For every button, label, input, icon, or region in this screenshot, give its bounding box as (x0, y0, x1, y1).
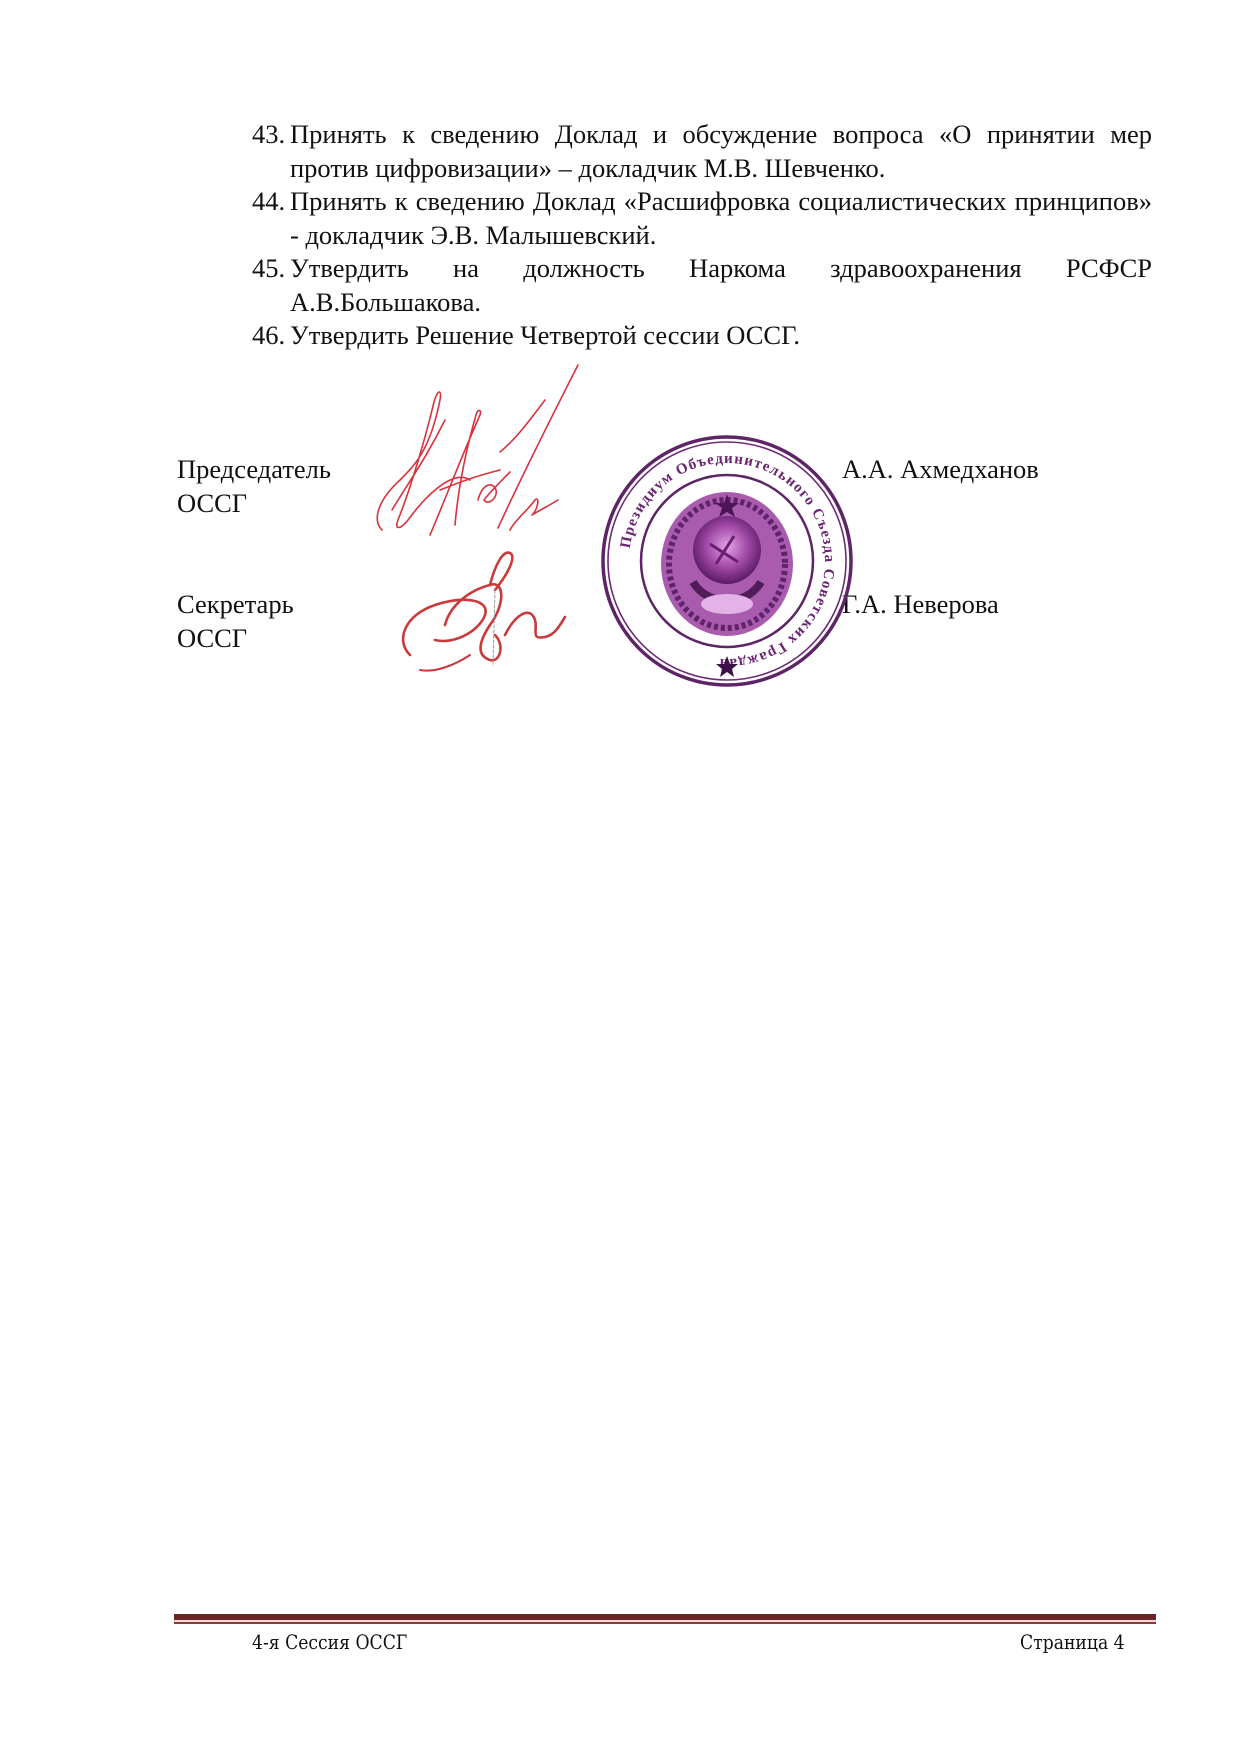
item-text: Утвердить на должность Наркома здравоохр… (290, 252, 1152, 319)
secretary-title-line1: Секретарь (177, 588, 294, 622)
chair-name: А.А. Ахмедханов (842, 453, 1039, 487)
footer-rule (174, 1614, 1156, 1625)
chair-signature-icon (370, 360, 600, 550)
secretary-signature-icon (395, 545, 575, 680)
item-number: 43. (252, 118, 285, 152)
secretary-title: Секретарь ОССГ (177, 588, 294, 655)
chair-title-line1: Председатель (177, 453, 331, 487)
list-item: 44. Принять к сведению Доклад «Расшифров… (252, 185, 1152, 252)
footer-page-number: Страница 4 (1020, 1628, 1125, 1656)
chair-title: Председатель ОССГ (177, 453, 331, 520)
list-item: 45. Утвердить на должность Наркома здрав… (252, 252, 1152, 319)
item-number: 44. (252, 185, 285, 219)
item-text: Утвердить Решение Четвертой сессии ОССГ. (290, 319, 1152, 353)
official-seal-icon: Президиум Объединительного Съезда Советс… (598, 432, 856, 690)
item-text: Принять к сведению Доклад «Расшифровка с… (290, 185, 1152, 252)
resolution-list: 43. Принять к сведению Доклад и обсужден… (252, 118, 1152, 353)
secretary-name: Г.А. Неверова (842, 588, 999, 622)
document-page: 43. Принять к сведению Доклад и обсужден… (0, 0, 1240, 1755)
footer-session-label: 4-я Сессия ОССГ (252, 1628, 407, 1656)
item-number: 45. (252, 252, 285, 286)
list-item: 46. Утвердить Решение Четвертой сессии О… (252, 319, 1152, 353)
item-number: 46. (252, 319, 285, 353)
secretary-title-line2: ОССГ (177, 622, 294, 656)
chair-title-line2: ОССГ (177, 487, 331, 521)
list-item: 43. Принять к сведению Доклад и обсужден… (252, 118, 1152, 185)
item-text: Принять к сведению Доклад и обсуждение в… (290, 118, 1152, 185)
